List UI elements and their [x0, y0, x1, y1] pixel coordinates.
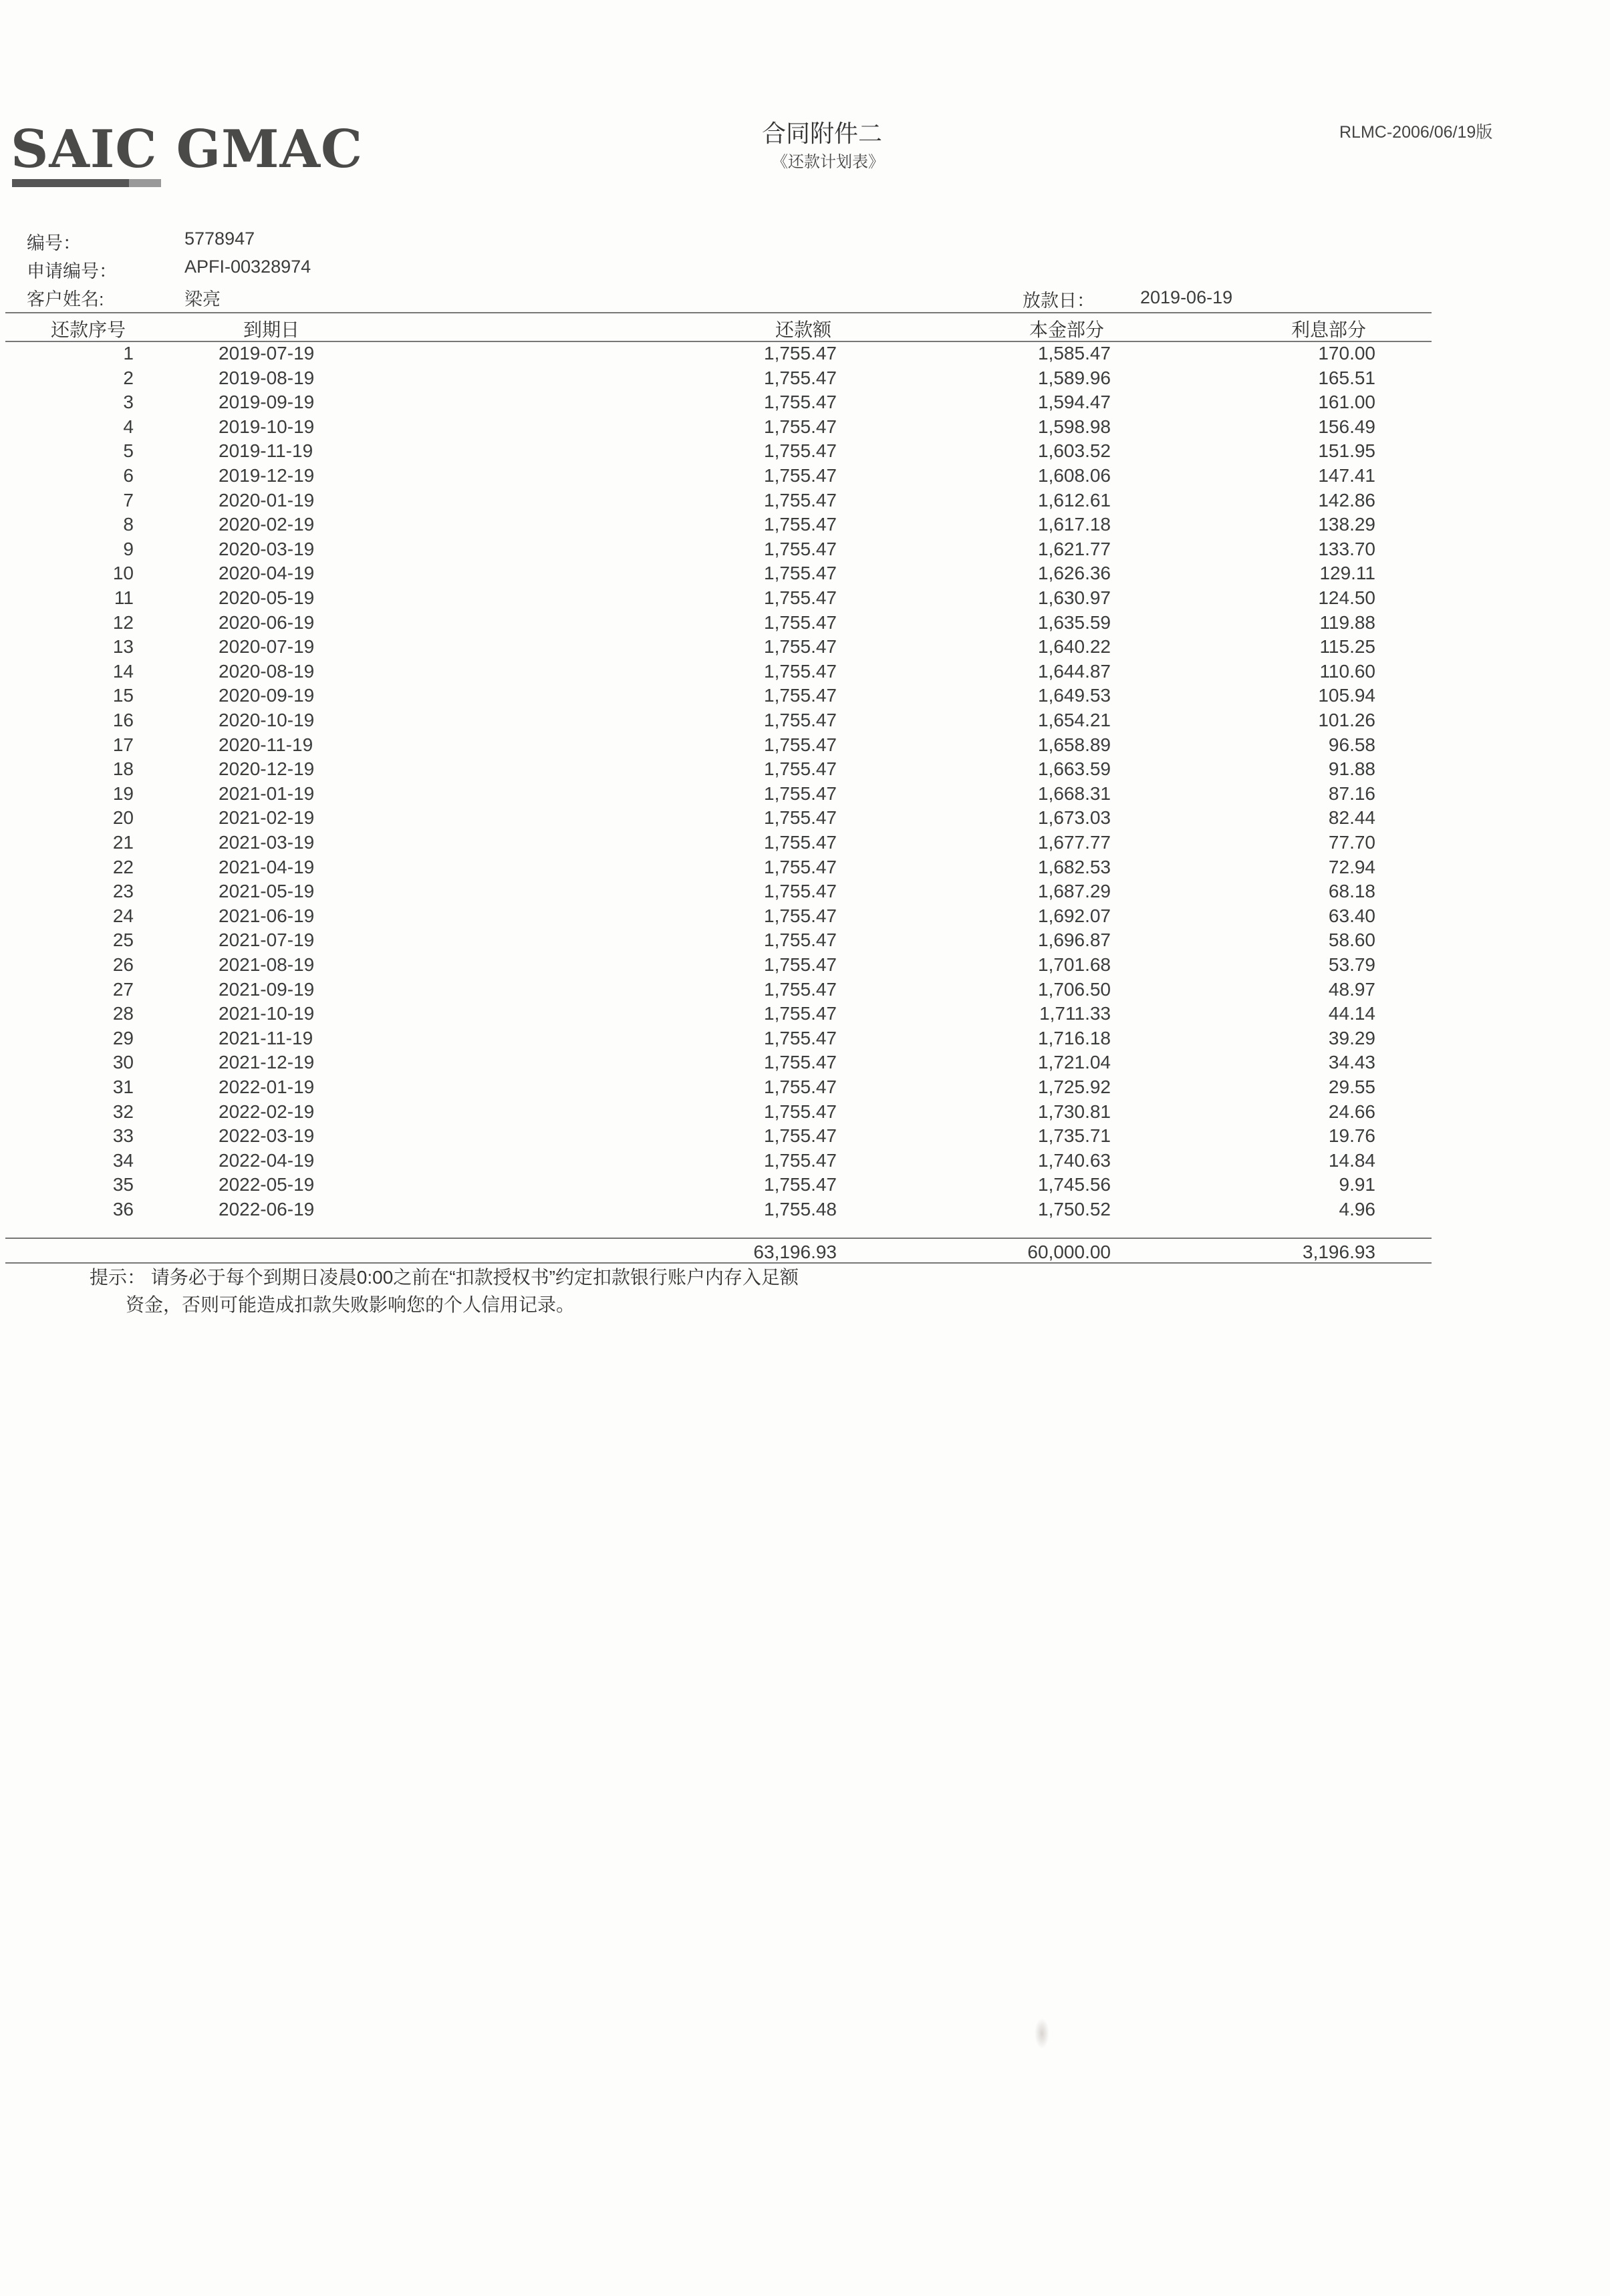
table-row: 352022-05-191,755.471,745.569.91	[0, 1174, 1470, 1199]
row-seq: 14	[0, 661, 134, 682]
header-top-rule	[5, 312, 1432, 313]
document-title: 合同附件二	[762, 115, 882, 149]
row-interest: 105.94	[1108, 685, 1375, 706]
row-due-date: 2022-04-19	[219, 1150, 314, 1171]
row-payment: 1,755.47	[569, 368, 837, 389]
col-header-payment: 还款额	[775, 315, 831, 342]
row-payment: 1,755.48	[569, 1199, 837, 1220]
row-seq: 25	[0, 929, 134, 951]
table-row: 182020-12-191,755.471,663.5991.88	[0, 758, 1470, 783]
row-interest: 147.41	[1108, 465, 1375, 486]
row-interest: 129.11	[1108, 563, 1375, 584]
row-payment: 1,755.47	[569, 905, 837, 927]
total-principal: 60,000.00	[843, 1242, 1111, 1263]
contract-no-value: 5778947	[184, 229, 255, 249]
row-payment: 1,755.47	[569, 1101, 837, 1123]
row-seq: 30	[0, 1052, 134, 1073]
col-header-seq: 还款序号	[51, 315, 126, 342]
company-logo: SAIC GMAC	[11, 124, 363, 176]
table-row: 142020-08-191,755.471,644.87110.60	[0, 661, 1470, 686]
row-interest: 91.88	[1108, 758, 1375, 780]
table-row: 342022-04-191,755.471,740.6314.84	[0, 1150, 1470, 1175]
row-payment: 1,755.47	[569, 929, 837, 951]
row-seq: 7	[0, 490, 134, 511]
row-principal: 1,644.87	[843, 661, 1111, 682]
row-seq: 23	[0, 881, 134, 902]
row-interest: 72.94	[1108, 857, 1375, 878]
row-due-date: 2022-05-19	[219, 1174, 314, 1195]
row-seq: 21	[0, 832, 134, 853]
row-interest: 4.96	[1108, 1199, 1375, 1220]
table-row: 222021-04-191,755.471,682.5372.94	[0, 857, 1470, 881]
row-payment: 1,755.47	[569, 734, 837, 756]
version-label: RLMC-2006/06/19版	[1339, 119, 1492, 143]
row-payment: 1,755.47	[569, 1150, 837, 1171]
row-principal: 1,603.52	[843, 440, 1111, 462]
row-payment: 1,755.47	[569, 807, 837, 829]
table-row: 262021-08-191,755.471,701.6853.79	[0, 954, 1470, 979]
row-interest: 68.18	[1108, 881, 1375, 902]
application-no-label: 申请编号：	[27, 257, 117, 283]
disbursement-date-value: 2019-06-19	[1140, 287, 1232, 308]
row-due-date: 2020-03-19	[219, 539, 314, 560]
row-interest: 142.86	[1108, 490, 1375, 511]
row-seq: 10	[0, 563, 134, 584]
table-row: 82020-02-191,755.471,617.18138.29	[0, 514, 1470, 539]
table-row: 192021-01-191,755.471,668.3187.16	[0, 783, 1470, 808]
table-row: 362022-06-191,755.481,750.524.96	[0, 1199, 1470, 1224]
row-seq: 16	[0, 710, 134, 731]
row-payment: 1,755.47	[569, 514, 837, 535]
row-principal: 1,745.56	[843, 1174, 1111, 1195]
row-seq: 32	[0, 1101, 134, 1123]
row-seq: 15	[0, 685, 134, 706]
row-seq: 34	[0, 1150, 134, 1171]
col-header-due-date: 到期日	[243, 315, 299, 342]
row-payment: 1,755.47	[569, 857, 837, 878]
row-due-date: 2021-12-19	[219, 1052, 314, 1073]
scan-smudge	[1035, 2018, 1049, 2049]
row-payment: 1,755.47	[569, 465, 837, 486]
totals-top-rule	[5, 1238, 1432, 1239]
row-due-date: 2020-08-19	[219, 661, 314, 682]
row-principal: 1,640.22	[843, 636, 1111, 658]
table-row: 232021-05-191,755.471,687.2968.18	[0, 881, 1470, 905]
table-row: 212021-03-191,755.471,677.7777.70	[0, 832, 1470, 857]
table-row: 92020-03-191,755.471,621.77133.70	[0, 539, 1470, 563]
row-payment: 1,755.47	[569, 881, 837, 902]
logo-underline-accent	[129, 179, 161, 187]
row-payment: 1,755.47	[569, 685, 837, 706]
row-seq: 20	[0, 807, 134, 829]
table-row: 322022-02-191,755.471,730.8124.66	[0, 1101, 1470, 1126]
table-row: 172020-11-191,755.471,658.8996.58	[0, 734, 1470, 759]
row-due-date: 2022-01-19	[219, 1077, 314, 1098]
row-payment: 1,755.47	[569, 1174, 837, 1195]
row-interest: 14.84	[1108, 1150, 1375, 1171]
row-interest: 87.16	[1108, 783, 1375, 805]
disbursement-date-label: 放款日：	[1023, 286, 1095, 312]
row-principal: 1,740.63	[843, 1150, 1111, 1171]
col-header-principal: 本金部分	[1029, 315, 1104, 342]
row-interest: 138.29	[1108, 514, 1375, 535]
row-principal: 1,594.47	[843, 392, 1111, 413]
table-row: 32019-09-191,755.471,594.47161.00	[0, 392, 1470, 416]
row-seq: 19	[0, 783, 134, 805]
row-interest: 29.55	[1108, 1077, 1375, 1098]
contract-no-label: 编号：	[27, 229, 81, 255]
table-row: 252021-07-191,755.471,696.8758.60	[0, 929, 1470, 954]
row-interest: 110.60	[1108, 661, 1375, 682]
row-principal: 1,692.07	[843, 905, 1111, 927]
row-due-date: 2021-07-19	[219, 929, 314, 951]
row-interest: 119.88	[1108, 612, 1375, 633]
row-principal: 1,706.50	[843, 979, 1111, 1000]
row-payment: 1,755.47	[569, 783, 837, 805]
row-principal: 1,701.68	[843, 954, 1111, 976]
row-payment: 1,755.47	[569, 440, 837, 462]
table-row: 332022-03-191,755.471,735.7119.76	[0, 1125, 1470, 1150]
row-due-date: 2020-10-19	[219, 710, 314, 731]
table-row: 22019-08-191,755.471,589.96165.51	[0, 368, 1470, 392]
row-seq: 18	[0, 758, 134, 780]
row-principal: 1,750.52	[843, 1199, 1111, 1220]
row-seq: 11	[0, 587, 134, 609]
row-due-date: 2021-08-19	[219, 954, 314, 976]
row-seq: 8	[0, 514, 134, 535]
row-interest: 39.29	[1108, 1028, 1375, 1049]
row-principal: 1,635.59	[843, 612, 1111, 633]
row-payment: 1,755.47	[569, 416, 837, 438]
row-principal: 1,658.89	[843, 734, 1111, 756]
row-seq: 26	[0, 954, 134, 976]
row-principal: 1,621.77	[843, 539, 1111, 560]
row-principal: 1,626.36	[843, 563, 1111, 584]
row-payment: 1,755.47	[569, 343, 837, 364]
row-due-date: 2019-08-19	[219, 368, 314, 389]
row-payment: 1,755.47	[569, 392, 837, 413]
row-due-date: 2019-12-19	[219, 465, 314, 486]
col-header-interest: 利息部分	[1291, 315, 1366, 342]
row-due-date: 2020-06-19	[219, 612, 314, 633]
row-due-date: 2021-11-19	[219, 1028, 313, 1049]
row-payment: 1,755.47	[569, 661, 837, 682]
row-due-date: 2020-05-19	[219, 587, 314, 609]
row-due-date: 2019-07-19	[219, 343, 314, 364]
row-principal: 1,630.97	[843, 587, 1111, 609]
row-due-date: 2019-11-19	[219, 440, 313, 462]
row-due-date: 2021-09-19	[219, 979, 314, 1000]
row-payment: 1,755.47	[569, 1003, 837, 1024]
table-row: 202021-02-191,755.471,673.0382.44	[0, 807, 1470, 832]
row-seq: 35	[0, 1174, 134, 1195]
row-principal: 1,721.04	[843, 1052, 1111, 1073]
row-due-date: 2021-03-19	[219, 832, 314, 853]
total-interest: 3,196.93	[1108, 1242, 1375, 1263]
row-principal: 1,585.47	[843, 343, 1111, 364]
row-principal: 1,598.98	[843, 416, 1111, 438]
row-principal: 1,668.31	[843, 783, 1111, 805]
row-payment: 1,755.47	[569, 587, 837, 609]
row-seq: 36	[0, 1199, 134, 1220]
row-seq: 13	[0, 636, 134, 658]
row-due-date: 2020-04-19	[219, 563, 314, 584]
table-row: 152020-09-191,755.471,649.53105.94	[0, 685, 1470, 710]
row-payment: 1,755.47	[569, 954, 837, 976]
row-payment: 1,755.47	[569, 1125, 837, 1147]
row-payment: 1,755.47	[569, 490, 837, 511]
row-seq: 12	[0, 612, 134, 633]
row-interest: 156.49	[1108, 416, 1375, 438]
notice-line-2: 资金，否则可能造成扣款失败影响您的个人信用记录。	[126, 1290, 575, 1317]
table-row: 302021-12-191,755.471,721.0434.43	[0, 1052, 1470, 1077]
row-interest: 151.95	[1108, 440, 1375, 462]
row-principal: 1,617.18	[843, 514, 1111, 535]
row-principal: 1,612.61	[843, 490, 1111, 511]
application-no-value: APFI-00328974	[184, 257, 311, 277]
row-interest: 96.58	[1108, 734, 1375, 756]
row-interest: 165.51	[1108, 368, 1375, 389]
row-principal: 1,730.81	[843, 1101, 1111, 1123]
row-interest: 19.76	[1108, 1125, 1375, 1147]
row-due-date: 2019-10-19	[219, 416, 314, 438]
row-seq: 17	[0, 734, 134, 756]
row-principal: 1,696.87	[843, 929, 1111, 951]
row-seq: 9	[0, 539, 134, 560]
row-principal: 1,716.18	[843, 1028, 1111, 1049]
table-row: 52019-11-191,755.471,603.52151.95	[0, 440, 1470, 465]
table-row: 122020-06-191,755.471,635.59119.88	[0, 612, 1470, 637]
row-seq: 33	[0, 1125, 134, 1147]
row-principal: 1,649.53	[843, 685, 1111, 706]
row-due-date: 2021-02-19	[219, 807, 314, 829]
header-bottom-rule	[5, 341, 1432, 342]
row-due-date: 2020-01-19	[219, 490, 314, 511]
document-subtitle: 《还款计划表》	[772, 148, 884, 172]
table-row: 162020-10-191,755.471,654.21101.26	[0, 710, 1470, 734]
row-due-date: 2021-01-19	[219, 783, 314, 805]
table-row: 12019-07-191,755.471,585.47170.00	[0, 343, 1470, 368]
row-due-date: 2020-07-19	[219, 636, 314, 658]
table-row: 242021-06-191,755.471,692.0763.40	[0, 905, 1470, 930]
row-seq: 5	[0, 440, 134, 462]
row-due-date: 2021-05-19	[219, 881, 314, 902]
row-seq: 31	[0, 1077, 134, 1098]
row-principal: 1,677.77	[843, 832, 1111, 853]
row-payment: 1,755.47	[569, 563, 837, 584]
row-payment: 1,755.47	[569, 1077, 837, 1098]
table-row: 72020-01-191,755.471,612.61142.86	[0, 490, 1470, 515]
row-interest: 9.91	[1108, 1174, 1375, 1195]
table-row: 42019-10-191,755.471,598.98156.49	[0, 416, 1470, 441]
table-row: 132020-07-191,755.471,640.22115.25	[0, 636, 1470, 661]
row-principal: 1,663.59	[843, 758, 1111, 780]
row-interest: 133.70	[1108, 539, 1375, 560]
row-payment: 1,755.47	[569, 758, 837, 780]
table-row: 102020-04-191,755.471,626.36129.11	[0, 563, 1470, 587]
row-payment: 1,755.47	[569, 539, 837, 560]
row-principal: 1,589.96	[843, 368, 1111, 389]
row-principal: 1,687.29	[843, 881, 1111, 902]
table-row: 62019-12-191,755.471,608.06147.41	[0, 465, 1470, 490]
row-seq: 24	[0, 905, 134, 927]
row-interest: 124.50	[1108, 587, 1375, 609]
row-interest: 24.66	[1108, 1101, 1375, 1123]
row-principal: 1,654.21	[843, 710, 1111, 731]
row-payment: 1,755.47	[569, 832, 837, 853]
row-due-date: 2021-10-19	[219, 1003, 314, 1024]
row-interest: 161.00	[1108, 392, 1375, 413]
row-principal: 1,735.71	[843, 1125, 1111, 1147]
customer-name-label: 客户姓名:	[27, 285, 104, 311]
row-seq: 22	[0, 857, 134, 878]
row-interest: 34.43	[1108, 1052, 1375, 1073]
table-row: 292021-11-191,755.471,716.1839.29	[0, 1028, 1470, 1052]
row-payment: 1,755.47	[569, 1028, 837, 1049]
row-seq: 29	[0, 1028, 134, 1049]
row-due-date: 2020-11-19	[219, 734, 313, 756]
row-due-date: 2022-02-19	[219, 1101, 314, 1123]
row-due-date: 2020-09-19	[219, 685, 314, 706]
table-row: 272021-09-191,755.471,706.5048.97	[0, 979, 1470, 1004]
row-principal: 1,682.53	[843, 857, 1111, 878]
table-row: 282021-10-191,755.471,711.3344.14	[0, 1003, 1470, 1028]
row-payment: 1,755.47	[569, 979, 837, 1000]
row-due-date: 2020-02-19	[219, 514, 314, 535]
row-interest: 170.00	[1108, 343, 1375, 364]
row-due-date: 2019-09-19	[219, 392, 314, 413]
row-due-date: 2022-03-19	[219, 1125, 314, 1147]
row-seq: 6	[0, 465, 134, 486]
row-interest: 58.60	[1108, 929, 1375, 951]
row-due-date: 2021-04-19	[219, 857, 314, 878]
row-principal: 1,673.03	[843, 807, 1111, 829]
row-seq: 28	[0, 1003, 134, 1024]
total-payment: 63,196.93	[569, 1242, 837, 1263]
row-interest: 63.40	[1108, 905, 1375, 927]
row-principal: 1,608.06	[843, 465, 1111, 486]
row-payment: 1,755.47	[569, 1052, 837, 1073]
row-payment: 1,755.47	[569, 612, 837, 633]
row-interest: 115.25	[1108, 636, 1375, 658]
row-interest: 44.14	[1108, 1003, 1375, 1024]
row-payment: 1,755.47	[569, 636, 837, 658]
row-interest: 82.44	[1108, 807, 1375, 829]
row-due-date: 2021-06-19	[219, 905, 314, 927]
row-interest: 101.26	[1108, 710, 1375, 731]
row-interest: 53.79	[1108, 954, 1375, 976]
table-row: 312022-01-191,755.471,725.9229.55	[0, 1077, 1470, 1101]
logo-underline	[12, 179, 129, 187]
row-principal: 1,725.92	[843, 1077, 1111, 1098]
table-row: 112020-05-191,755.471,630.97124.50	[0, 587, 1470, 612]
row-seq: 1	[0, 343, 134, 364]
notice-line-1: 提示： 请务必于每个到期日凌晨0:00之前在“扣款授权书”约定扣款银行账户内存入…	[90, 1263, 799, 1290]
row-due-date: 2022-06-19	[219, 1199, 314, 1220]
row-seq: 4	[0, 416, 134, 438]
customer-name-value: 梁亮	[184, 285, 221, 311]
row-principal: 1,711.33	[843, 1003, 1111, 1024]
row-seq: 3	[0, 392, 134, 413]
row-seq: 2	[0, 368, 134, 389]
row-due-date: 2020-12-19	[219, 758, 314, 780]
row-interest: 77.70	[1108, 832, 1375, 853]
row-payment: 1,755.47	[569, 710, 837, 731]
row-seq: 27	[0, 979, 134, 1000]
row-interest: 48.97	[1108, 979, 1375, 1000]
